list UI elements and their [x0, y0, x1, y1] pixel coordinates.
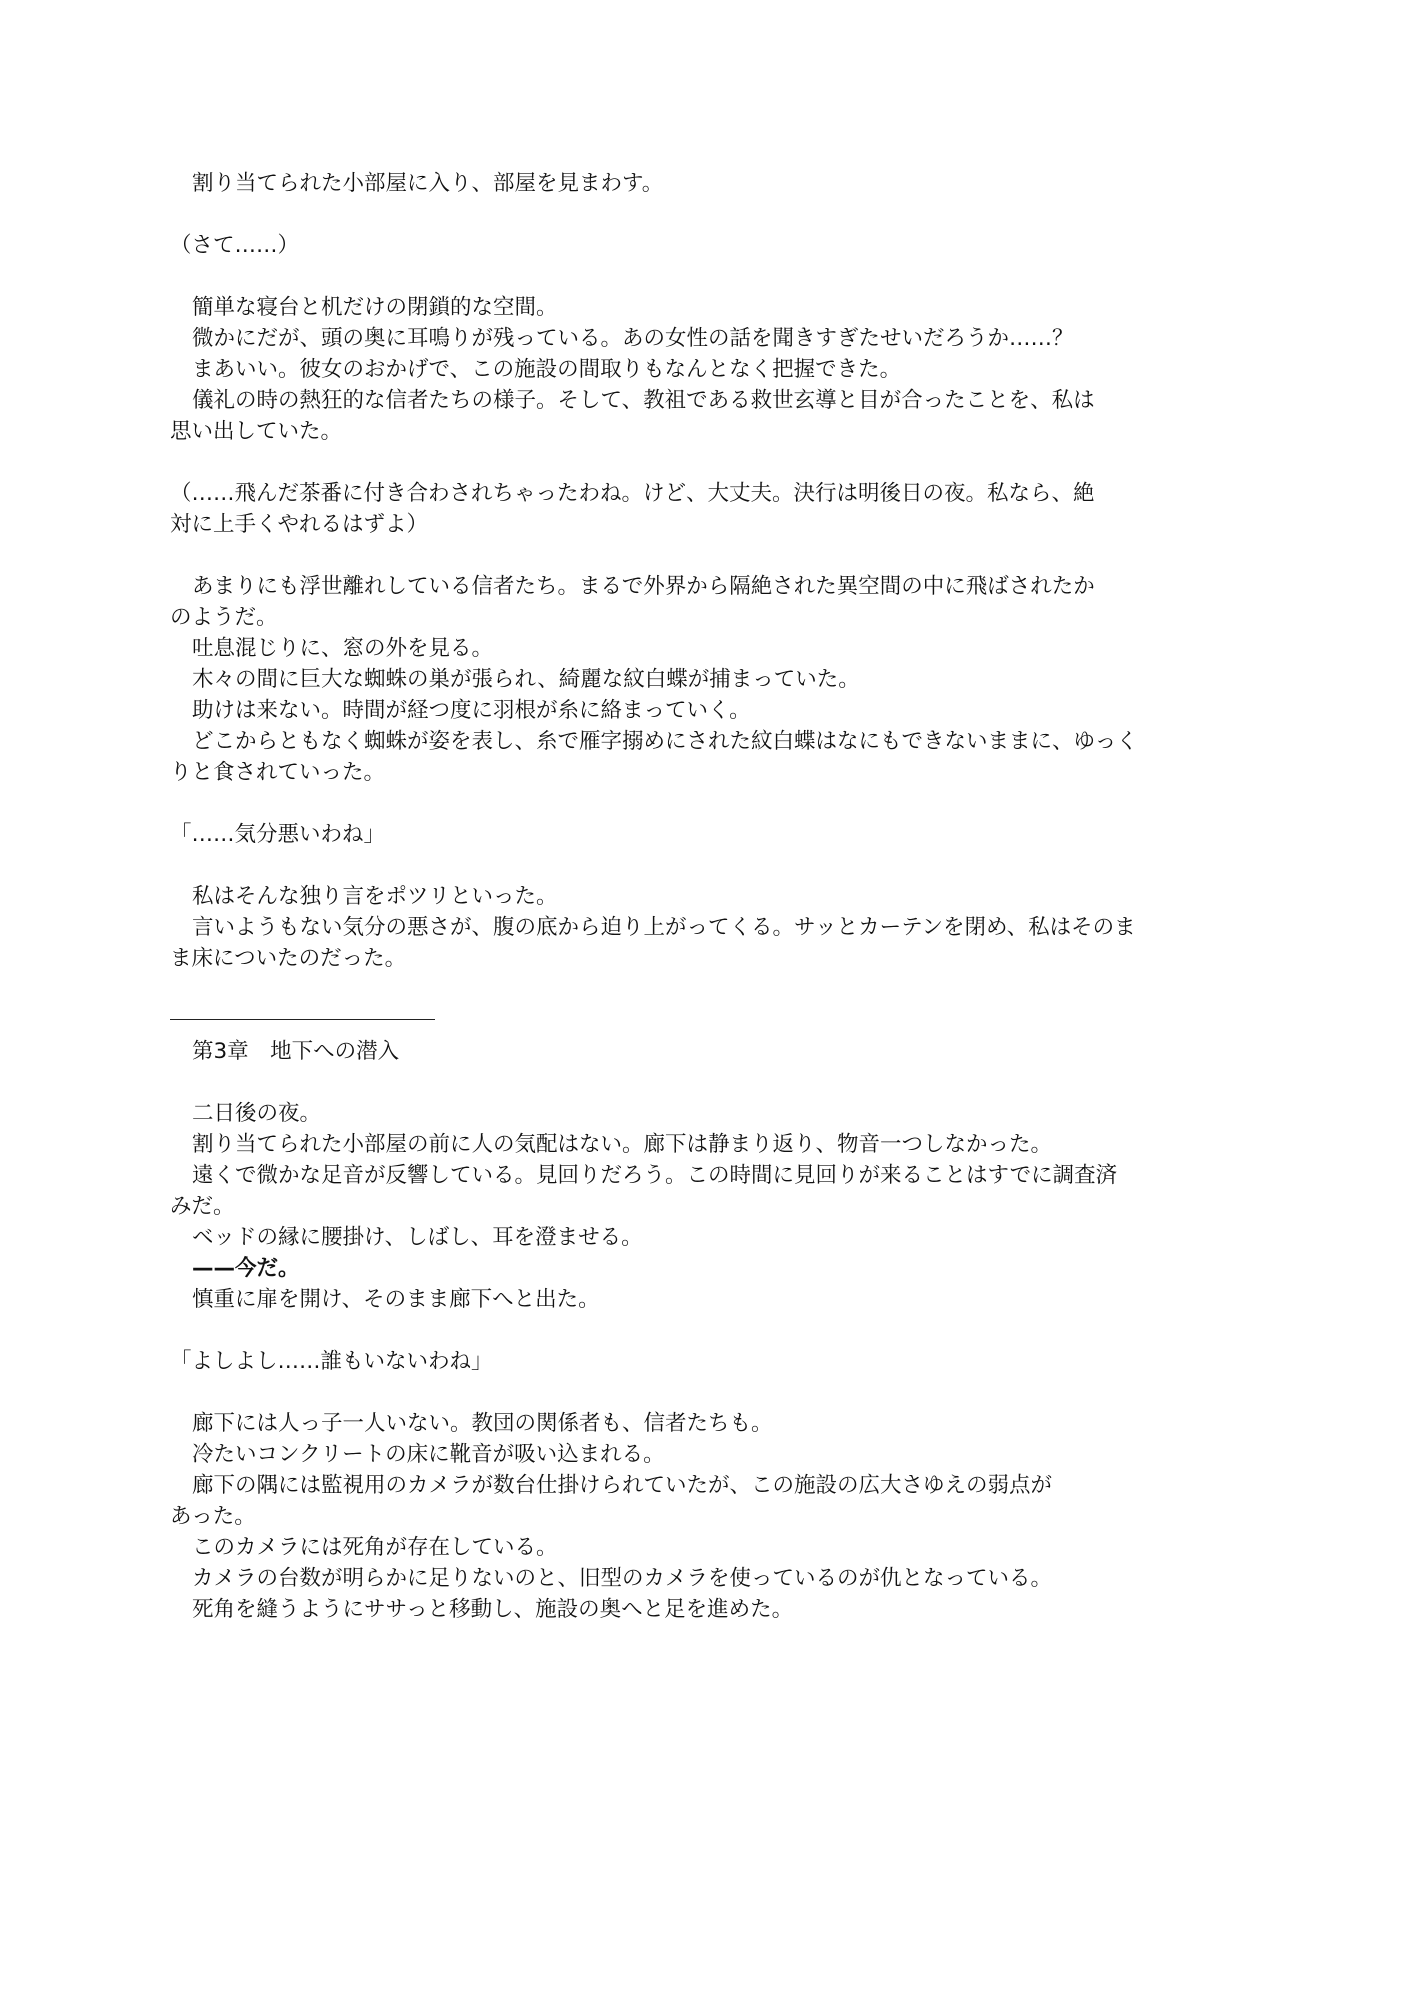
- monologue-line: （さて……）: [170, 230, 1230, 261]
- paragraph-line: 割り当てられた小部屋に入り、部屋を見まわす。: [170, 168, 1230, 199]
- paragraph-line: 廊下の隅には監視用のカメラが数台仕掛けられていたが、この施設の広大さゆえの弱点が: [170, 1470, 1230, 1501]
- paragraph-line: ベッドの縁に腰掛け、しばし、耳を澄ませる。: [170, 1222, 1230, 1253]
- paragraph-line: このカメラには死角が存在している。: [170, 1532, 1230, 1563]
- paragraph-line-continued: ま床についたのだった。: [170, 943, 1230, 974]
- document-page: 割り当てられた小部屋に入り、部屋を見まわす。 （さて……） 簡単な寝台と机だけの…: [170, 168, 1230, 1625]
- paragraph-line-continued: 思い出していた。: [170, 416, 1230, 447]
- paragraph-line: まあいい。彼女のおかげで、この施設の間取りもなんとなく把握できた。: [170, 354, 1230, 385]
- paragraph-line: 簡単な寝台と机だけの閉鎖的な空間。: [170, 292, 1230, 323]
- paragraph-line: 冷たいコンクリートの床に靴音が吸い込まれる。: [170, 1439, 1230, 1470]
- paragraph-line-continued: みだ。: [170, 1191, 1230, 1222]
- paragraph-line: どこからともなく蜘蛛が姿を表し、糸で雁字搦めにされた紋白蝶はなにもできないままに…: [170, 726, 1230, 757]
- paragraph-line-continued: のようだ。: [170, 602, 1230, 633]
- paragraph-line: 死角を縫うようにササっと移動し、施設の奥へと足を進めた。: [170, 1594, 1230, 1625]
- paragraph-line: ——今だ。: [170, 1253, 1230, 1284]
- chapter-heading: 第3章 地下への潜入: [170, 1036, 1230, 1067]
- paragraph-line: 慎重に扉を開け、そのまま廊下へと出た。: [170, 1284, 1230, 1315]
- paragraph-line: 助けは来ない。時間が経つ度に羽根が糸に絡まっていく。: [170, 695, 1230, 726]
- monologue-line-continued: 対に上手くやれるはずよ）: [170, 509, 1230, 540]
- paragraph-line-continued: りと食されていった。: [170, 757, 1230, 788]
- paragraph-line: 私はそんな独り言をポツリといった。: [170, 881, 1230, 912]
- paragraph-line: 言いようもない気分の悪さが、腹の底から迫り上がってくる。サッとカーテンを閉め、私…: [170, 912, 1230, 943]
- paragraph-line: 廊下には人っ子一人いない。教団の関係者も、信者たちも。: [170, 1408, 1230, 1439]
- paragraph-line: 儀礼の時の熱狂的な信者たちの様子。そして、教祖である救世玄導と目が合ったことを、…: [170, 385, 1230, 416]
- paragraph-line: 吐息混じりに、窓の外を見る。: [170, 633, 1230, 664]
- paragraph-line: 二日後の夜。: [170, 1098, 1230, 1129]
- paragraph-line: 微かにだが、頭の奥に耳鳴りが残っている。あの女性の話を聞きすぎたせいだろうか………: [170, 323, 1230, 354]
- paragraph-line: 木々の間に巨大な蜘蛛の巣が張られ、綺麗な紋白蝶が捕まっていた。: [170, 664, 1230, 695]
- paragraph-line: 遠くで微かな足音が反響している。見回りだろう。この時間に見回りが来ることはすでに…: [170, 1160, 1230, 1191]
- monologue-line: （……飛んだ茶番に付き合わされちゃったわね。けど、大丈夫。決行は明後日の夜。私な…: [170, 478, 1230, 509]
- section-separator: [170, 1019, 435, 1020]
- paragraph-line-continued: あった。: [170, 1501, 1230, 1532]
- dialogue-line: 「……気分悪いわね」: [170, 819, 1230, 850]
- paragraph-line: カメラの台数が明らかに足りないのと、旧型のカメラを使っているのが仇となっている。: [170, 1563, 1230, 1594]
- paragraph-line: あまりにも浮世離れしている信者たち。まるで外界から隔絶された異空間の中に飛ばされ…: [170, 571, 1230, 602]
- paragraph-line: 割り当てられた小部屋の前に人の気配はない。廊下は静まり返り、物音一つしなかった。: [170, 1129, 1230, 1160]
- dialogue-line: 「よしよし……誰もいないわね」: [170, 1346, 1230, 1377]
